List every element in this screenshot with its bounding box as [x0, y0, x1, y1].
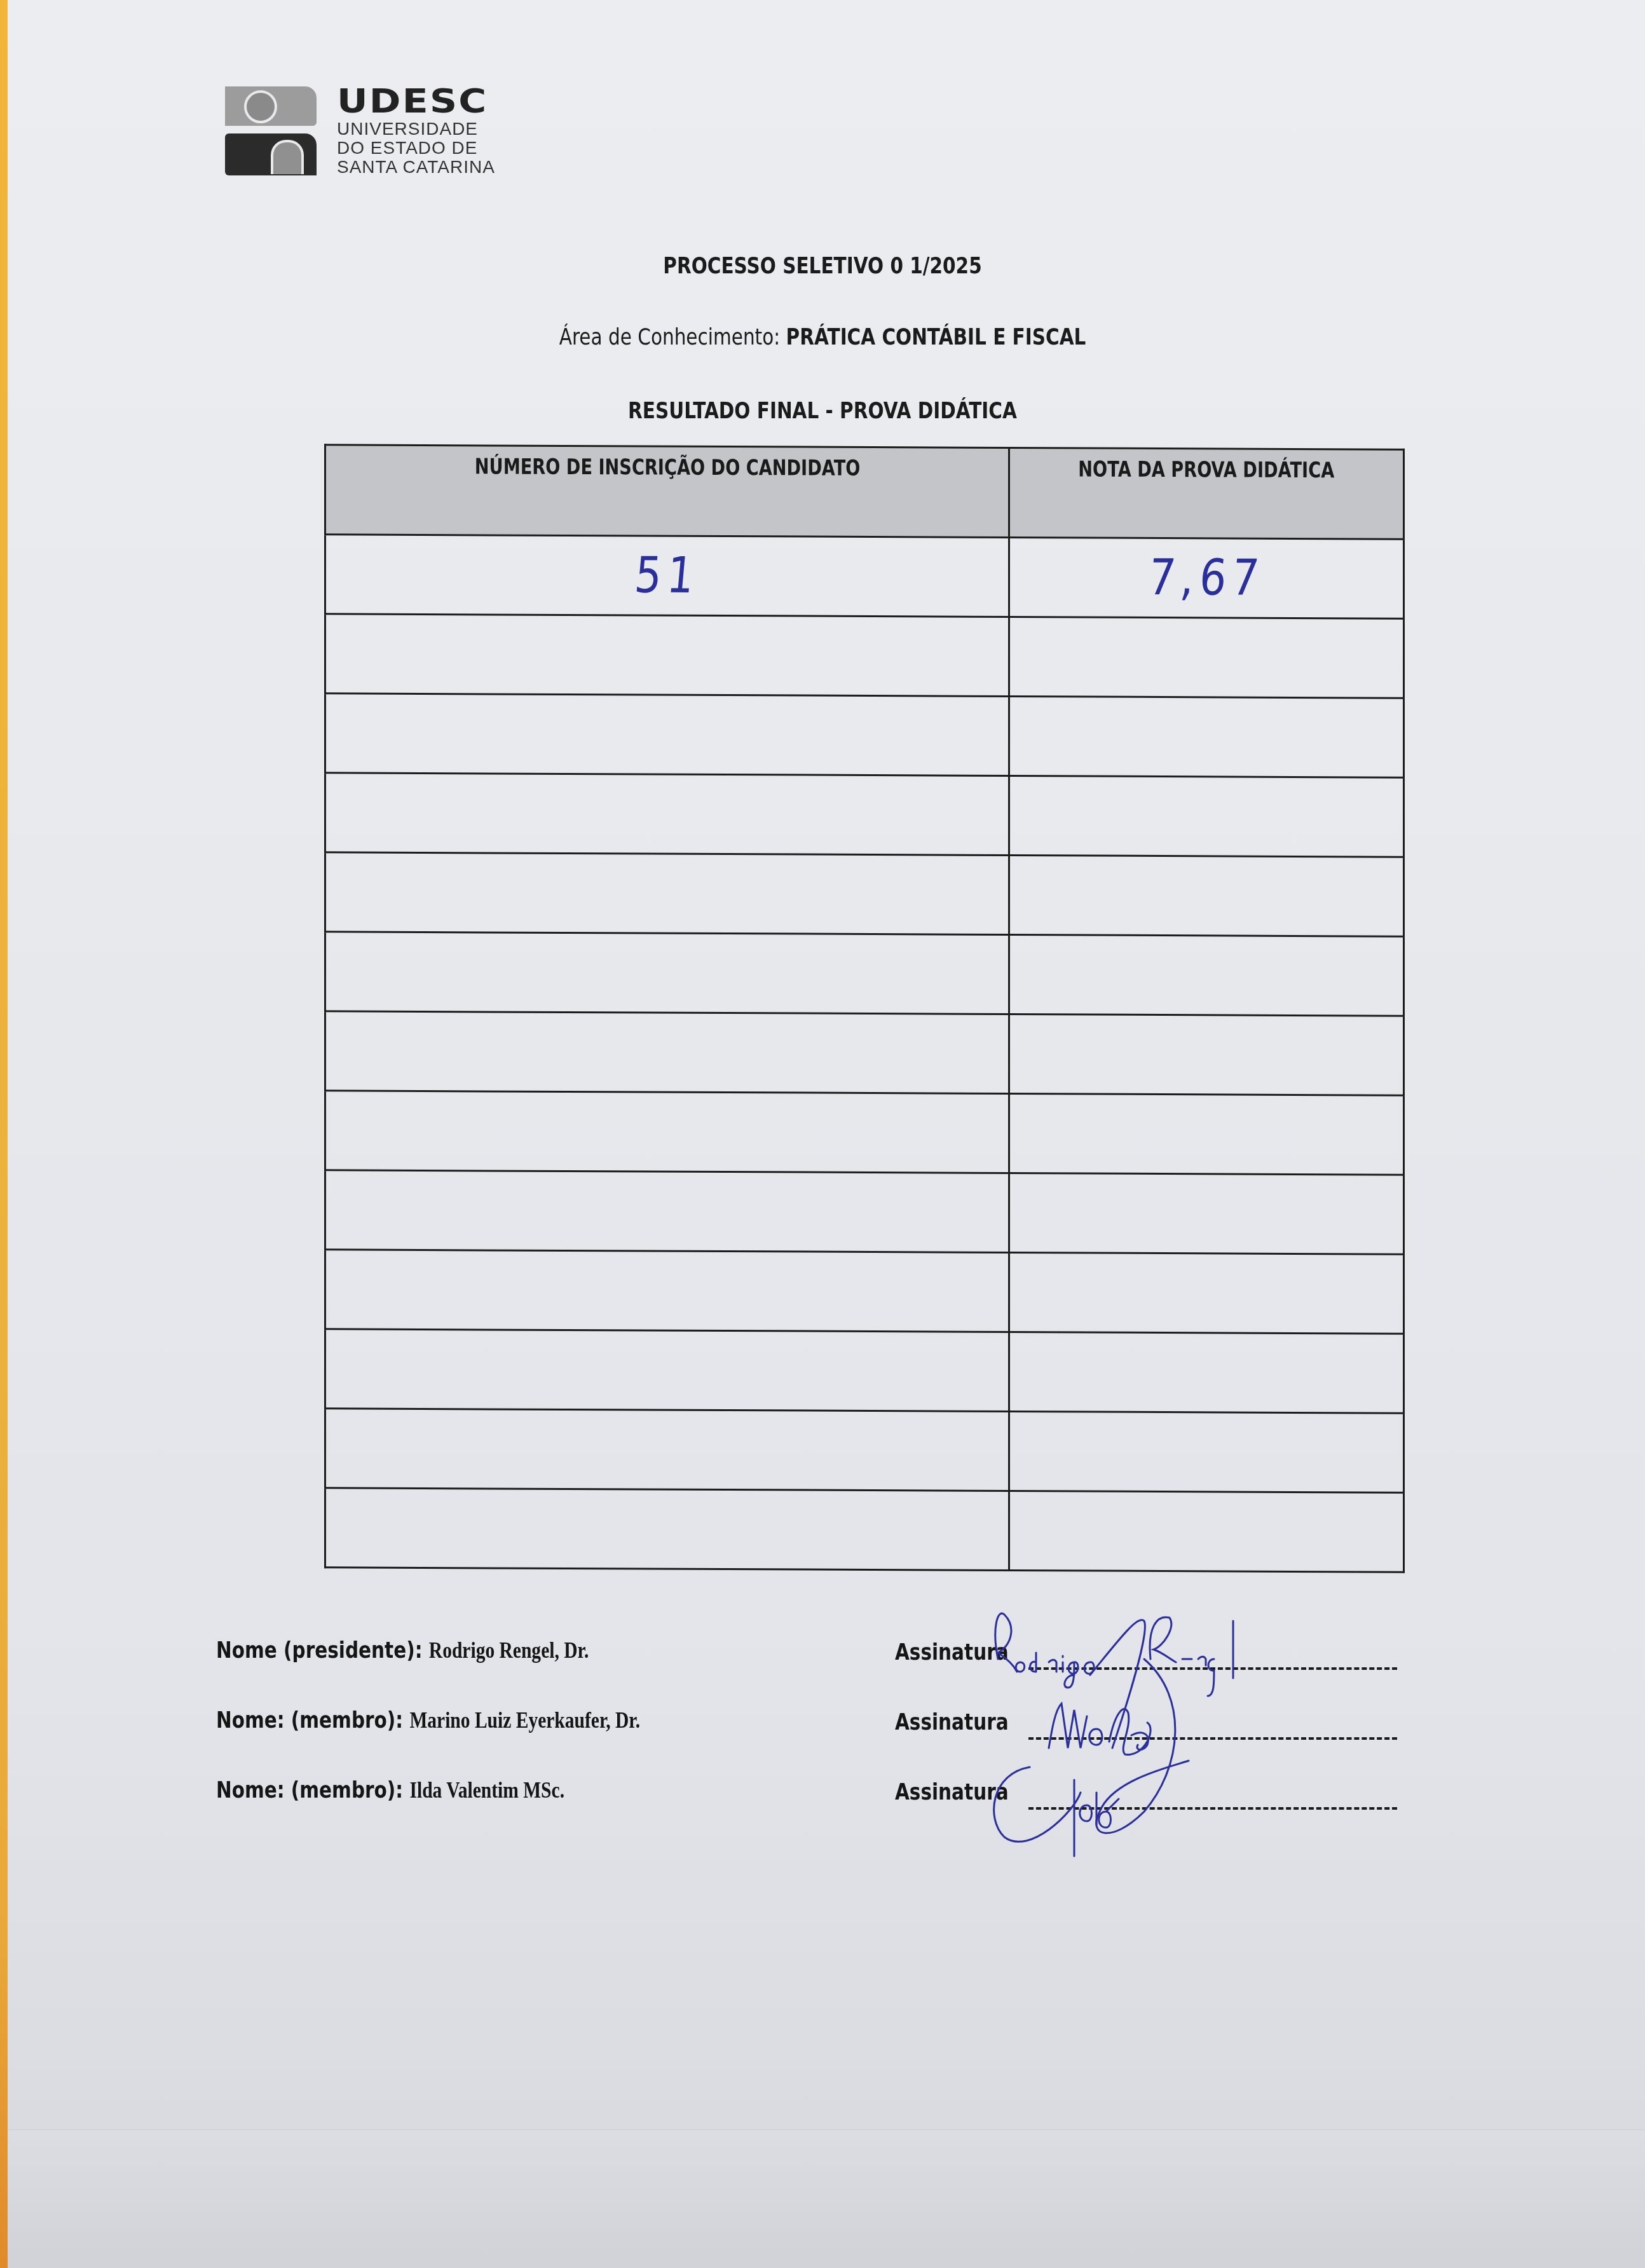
- table-row: [325, 1488, 1404, 1572]
- udesc-logo: UDESC UNIVERSIDADE DO ESTADO DE SANTA CA…: [224, 84, 497, 179]
- role-label: Nome: (membro):: [216, 1707, 403, 1733]
- udesc-logo-icon: [224, 84, 318, 178]
- signatory-label: Nome: (membro): Marino Luiz Eyerkaufer, …: [216, 1707, 640, 1733]
- role-label: Nome (presidente):: [216, 1637, 423, 1663]
- registration-number-cell: [325, 614, 1009, 697]
- table-row: [325, 1409, 1404, 1493]
- table-row: [325, 932, 1404, 1016]
- table-row: [325, 1091, 1404, 1175]
- table-header-row: NÚMERO DE INSCRIÇÃO DO CANDIDATO NOTA DA…: [325, 445, 1404, 539]
- results-table: NÚMERO DE INSCRIÇÃO DO CANDIDATO NOTA DA…: [324, 444, 1405, 1573]
- registration-number-cell: [325, 1488, 1009, 1571]
- area-label: Área de Conhecimento:: [559, 324, 781, 350]
- area-value: PRÁTICA CONTÁBIL E FISCAL: [786, 324, 1086, 350]
- registration-number-cell: [325, 852, 1009, 935]
- signatory-label: Nome: (membro): Ilda Valentim MSc.: [216, 1777, 564, 1803]
- signatory-label: Nome (presidente): Rodrigo Rengel, Dr.: [216, 1637, 589, 1663]
- handwritten-signatures: [979, 1602, 1424, 1869]
- registration-number: 51: [632, 547, 702, 604]
- table-row: [325, 773, 1404, 857]
- table-row: [325, 1170, 1404, 1254]
- table-row: [325, 1011, 1404, 1095]
- grade-cell: [1009, 1014, 1404, 1095]
- registration-number-cell: [325, 773, 1009, 856]
- table-row: [325, 1329, 1404, 1413]
- process-title: PROCESSO SELETIVO 0 1/2025: [148, 253, 1497, 279]
- grade-cell: [1009, 1491, 1404, 1572]
- grade-cell: 7,67: [1009, 537, 1404, 618]
- grade-cell: [1009, 934, 1404, 1016]
- table-row: 517,67: [325, 535, 1404, 618]
- signatory-name: Rodrigo Rengel, Dr.: [429, 1637, 589, 1663]
- column-header-registration: NÚMERO DE INSCRIÇÃO DO CANDIDATO: [325, 445, 1009, 538]
- grade-cell: [1009, 855, 1404, 936]
- table-row: [325, 614, 1404, 698]
- result-title: RESULTADO FINAL - PROVA DIDÁTICA: [148, 398, 1497, 424]
- table-row: [325, 693, 1404, 777]
- registration-number-cell: [325, 1170, 1009, 1253]
- logo-name: UDESC: [337, 84, 519, 120]
- column-header-grade: NOTA DA PROVA DIDÁTICA: [1009, 447, 1404, 539]
- grade-cell: [1009, 1173, 1404, 1254]
- signatory-name: Ilda Valentim MSc.: [409, 1777, 564, 1803]
- role-label: Nome: (membro):: [216, 1777, 403, 1803]
- table-row: [325, 1250, 1404, 1334]
- registration-number-cell: [325, 1011, 1009, 1094]
- underlying-page: [8, 2129, 1645, 2268]
- registration-number-cell: [325, 932, 1009, 1014]
- grade-cell: [1009, 1252, 1404, 1334]
- registration-number-cell: [325, 693, 1009, 776]
- registration-number-cell: [325, 1329, 1009, 1412]
- knowledge-area: Área de Conhecimento: PRÁTICA CONTÁBIL E…: [148, 324, 1497, 350]
- logo-line-2: DO ESTADO DE: [337, 139, 495, 158]
- grade-cell: [1009, 1332, 1404, 1413]
- grade-cell: [1009, 617, 1404, 698]
- logo-line-1: UNIVERSIDADE: [337, 120, 495, 139]
- registration-number-cell: [325, 1409, 1009, 1491]
- registration-number-cell: 51: [325, 535, 1009, 617]
- registration-number-cell: [325, 1250, 1009, 1332]
- signatory-name: Marino Luiz Eyerkaufer, Dr.: [409, 1707, 640, 1733]
- grade-cell: [1009, 696, 1404, 777]
- grade-cell: [1009, 775, 1404, 857]
- grade-cell: [1009, 1093, 1404, 1175]
- grade-value: 7,67: [1146, 549, 1267, 607]
- registration-number-cell: [325, 1091, 1009, 1173]
- grade-cell: [1009, 1411, 1404, 1493]
- logo-line-3: SANTA CATARINA: [337, 158, 495, 177]
- table-row: [325, 852, 1404, 936]
